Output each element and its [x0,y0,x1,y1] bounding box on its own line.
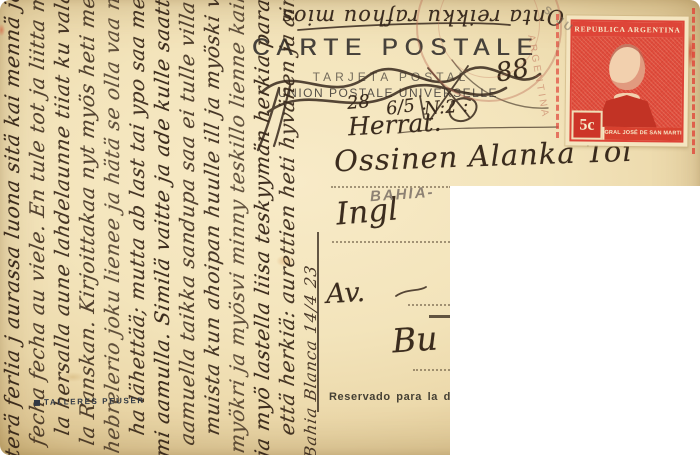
handwritten-message-rotated: terä ferlia j aurassa luona sitä kai men… [0,0,302,455]
message-line: muista kun ahoipan huulle ill ja myöski … [200,0,225,455]
address-avenue: Av. [325,277,366,310]
message-line: mi aamulla. Similä vaitte ja ade kulle s… [150,0,175,455]
message-line: ha lähettää; mutta ab last tai ypo saa m… [125,0,150,455]
portrait-head [609,44,645,90]
stamp-perforation-right [692,8,695,154]
stamp-caption: GRAL JOSÉ DE SAN MARTIN [604,127,681,141]
blank-white-overlay [450,186,700,455]
imprint-bullet-icon [34,399,40,405]
imprint-text: TALLERES PEUSER [44,396,145,407]
date-place-text: Bahia Blanca 14/4 23 [301,263,320,455]
message-line: terä ferlia j aurassa luona sitä kai men… [0,0,25,455]
postcard-scan: terä ferlia j aurassa luona sitä kai men… [0,0,700,455]
message-line: ja myö lastella liisa teskyymän herkia p… [250,0,275,455]
message-line: myökri ja myösvi minny teskillo lienne k… [225,0,250,455]
message-line: la Ranskan. Kirjoittakaa nyt myös heti m… [75,0,100,455]
handwritten-date-place: Bahia Blanca 14/4 23 [301,226,327,455]
reservado-printed-text: Reservado para la d [329,391,451,403]
message-line: fecha fecha au viele. En tule tot ja lii… [25,0,50,455]
address-ruling-line [332,241,450,243]
address-city-initial: Bu [391,318,439,360]
postage-stamp: REPUBLICA ARGENTINA 5c GRAL JOSÉ DE SAN … [565,15,688,146]
stamp-country-text: REPUBLICA ARGENTINA [572,21,682,37]
address-ruling-line-solid [429,315,451,318]
printer-imprint: TALLERES PEUSER [34,396,145,407]
stamp-denomination: 5c [571,110,602,139]
message-line: la hersalla aune lahdelaunne tiiat ku va… [50,0,75,455]
message-line: että herkiä: aurettien heti hyvänen ja a… [275,0,300,455]
address-salutation: Herrat. [347,108,442,142]
message-line: hebrelerio joku lienee ja hätä se olla v… [100,0,125,455]
message-line: aamuella taikka sandupa saa ei tulle vil… [175,0,200,455]
address-ruling-line [408,304,450,306]
address-ruling-line [413,369,450,371]
